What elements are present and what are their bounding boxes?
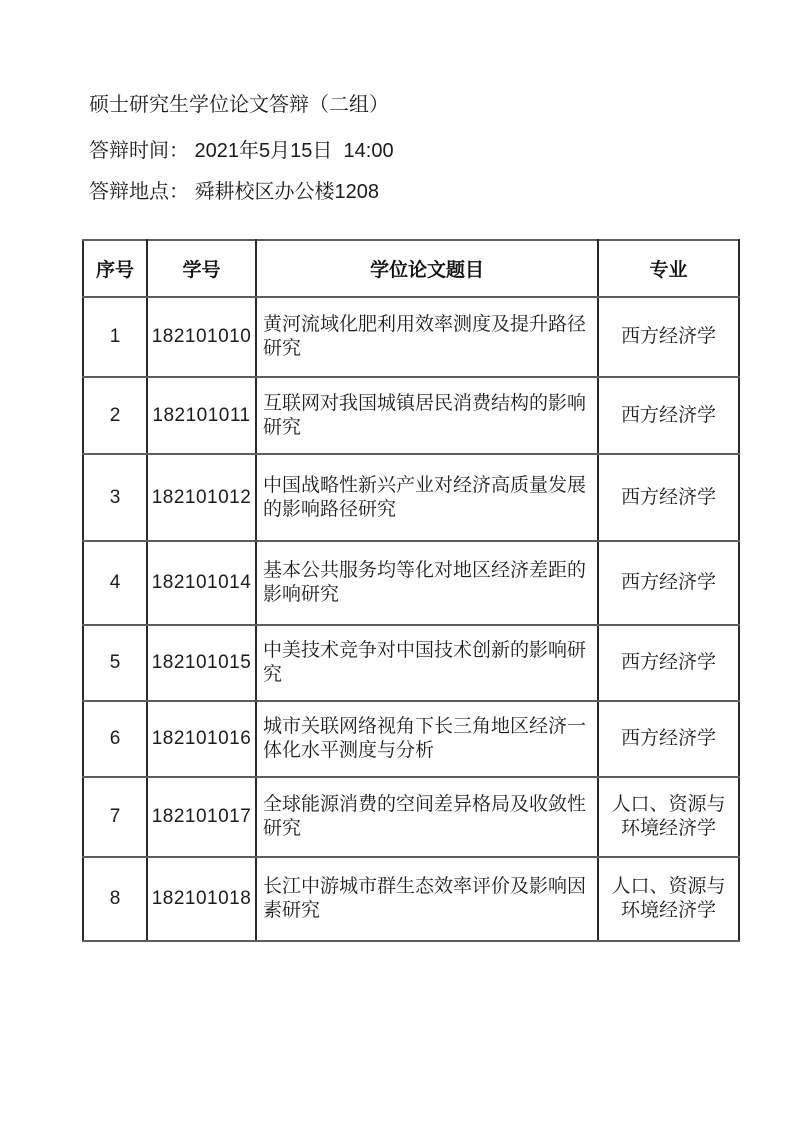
cell-student-id: 182101015 [147,625,256,701]
header-thesis-title: 学位论文题目 [256,240,598,297]
cell-thesis-title: 中国战略性新兴产业对经济高质量发展的影响路径研究 [256,454,598,541]
cell-major: 西方经济学 [598,297,739,377]
table-header-row: 序号 学号 学位论文题目 专业 [83,240,739,297]
cell-major: 人口、资源与环境经济学 [598,777,739,857]
table-row: 6 182101016 城市关联网络视角下长三角地区经济一体化水平测度与分析 西… [83,701,739,777]
table-row: 8 182101018 长江中游城市群生态效率评价及影响因素研究 人口、资源与环… [83,857,739,941]
cell-thesis-title: 长江中游城市群生态效率评价及影响因素研究 [256,857,598,941]
table-row: 5 182101015 中美技术竞争对中国技术创新的影响研究 西方经济学 [83,625,739,701]
cell-major: 人口、资源与环境经济学 [598,857,739,941]
cell-no: 4 [83,541,147,625]
table-row: 1 182101010 黄河流域化肥利用效率测度及提升路径研究 西方经济学 [83,297,739,377]
cell-major: 西方经济学 [598,541,739,625]
cell-no: 8 [83,857,147,941]
cell-thesis-title: 中美技术竞争对中国技术创新的影响研究 [256,625,598,701]
defense-time-line: 答辩时间： 2021年5月15日 14:00 [89,138,394,164]
cell-student-id: 182101016 [147,701,256,777]
cell-no: 7 [83,777,147,857]
cell-student-id: 182101011 [147,377,256,454]
cell-student-id: 182101010 [147,297,256,377]
cell-thesis-title: 全球能源消费的空间差异格局及收敛性研究 [256,777,598,857]
cell-no: 5 [83,625,147,701]
table-row: 4 182101014 基本公共服务均等化对地区经济差距的影响研究 西方经济学 [83,541,739,625]
thesis-defense-table: 序号 学号 学位论文题目 专业 1 182101010 黄河流域化肥利用效率测度… [82,239,740,942]
header-no: 序号 [83,240,147,297]
cell-major: 西方经济学 [598,377,739,454]
cell-student-id: 182101014 [147,541,256,625]
cell-student-id: 182101017 [147,777,256,857]
document-header: 硕士研究生学位论文答辩（二组） 答辩时间： 2021年5月15日 14:00 答… [89,92,394,205]
cell-thesis-title: 基本公共服务均等化对地区经济差距的影响研究 [256,541,598,625]
cell-thesis-title: 城市关联网络视角下长三角地区经济一体化水平测度与分析 [256,701,598,777]
cell-thesis-title: 互联网对我国城镇居民消费结构的影响研究 [256,377,598,454]
cell-no: 2 [83,377,147,454]
page-title: 硕士研究生学位论文答辩（二组） [89,92,394,118]
cell-major: 西方经济学 [598,625,739,701]
header-student-id: 学号 [147,240,256,297]
cell-major: 西方经济学 [598,701,739,777]
table-row: 7 182101017 全球能源消费的空间差异格局及收敛性研究 人口、资源与环境… [83,777,739,857]
cell-thesis-title: 黄河流域化肥利用效率测度及提升路径研究 [256,297,598,377]
header-major: 专业 [598,240,739,297]
cell-student-id: 182101018 [147,857,256,941]
cell-no: 3 [83,454,147,541]
cell-major: 西方经济学 [598,454,739,541]
table-row: 3 182101012 中国战略性新兴产业对经济高质量发展的影响路径研究 西方经… [83,454,739,541]
cell-no: 1 [83,297,147,377]
cell-no: 6 [83,701,147,777]
cell-student-id: 182101012 [147,454,256,541]
document-page: 硕士研究生学位论文答辩（二组） 答辩时间： 2021年5月15日 14:00 答… [0,0,796,1129]
defense-location-line: 答辩地点： 舜耕校区办公楼1208 [89,179,394,205]
table-row: 2 182101011 互联网对我国城镇居民消费结构的影响研究 西方经济学 [83,377,739,454]
